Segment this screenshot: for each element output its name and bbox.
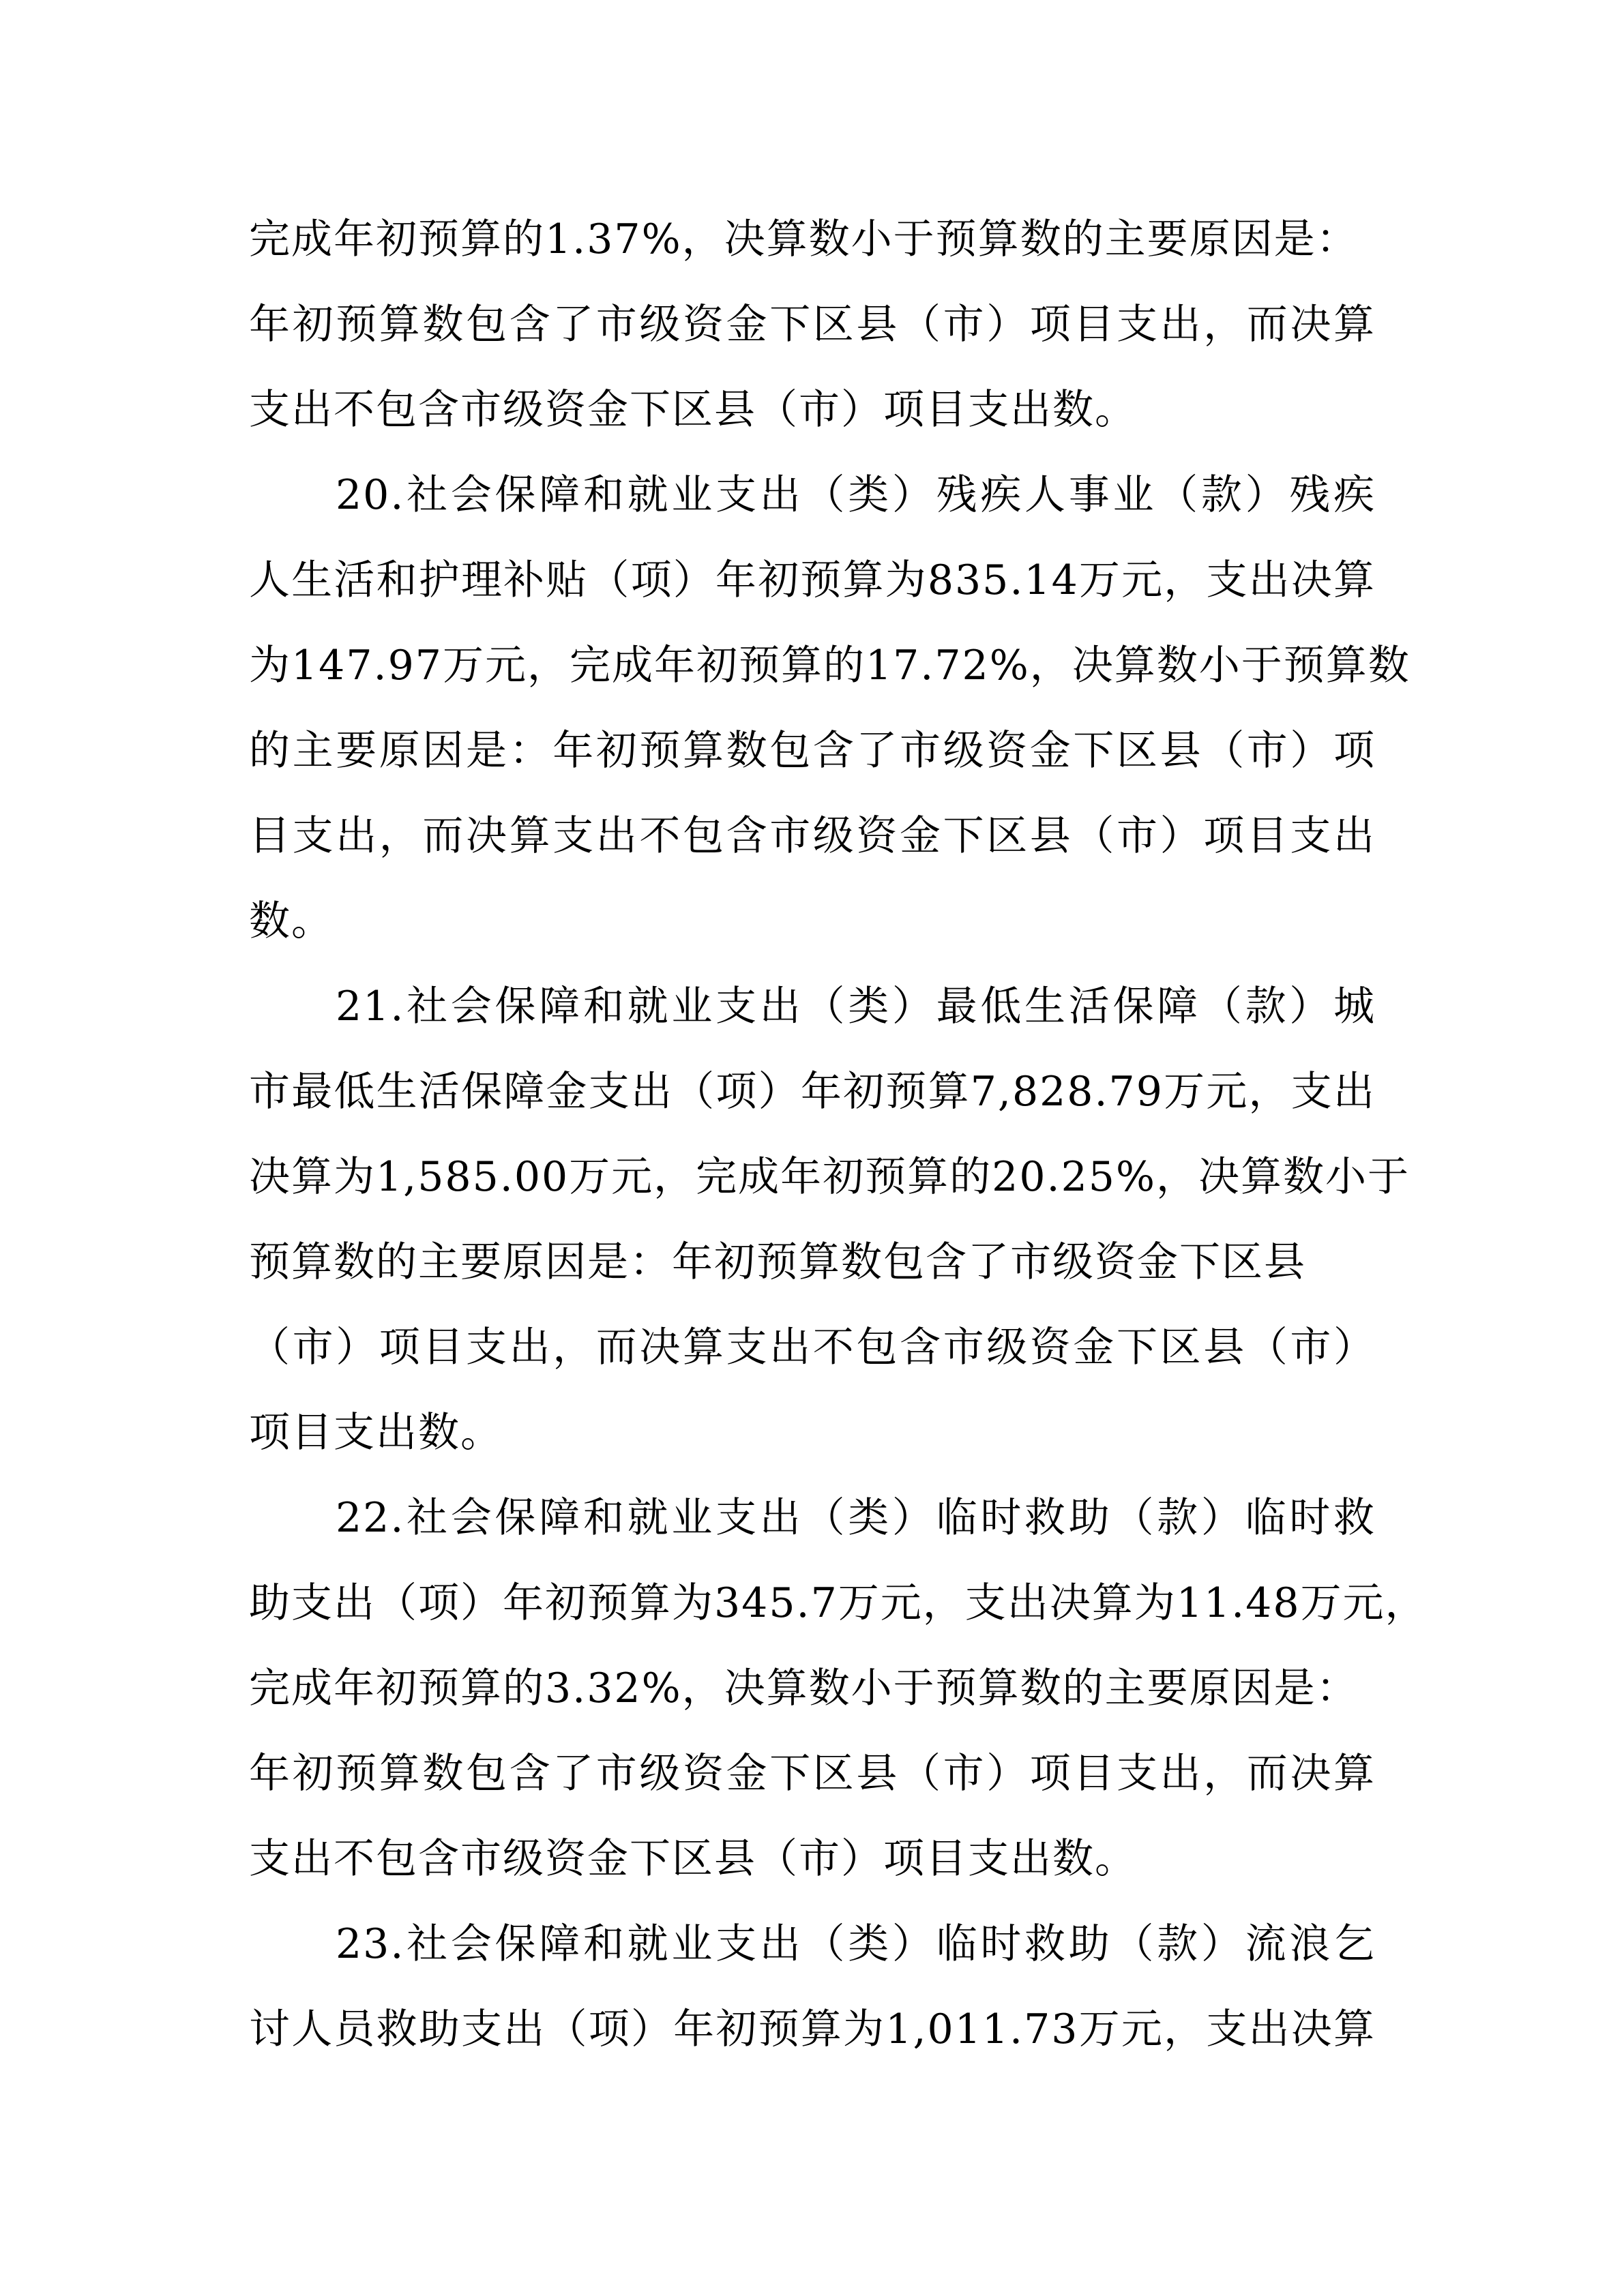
body-text: 完成年初预算的1.37%，决算数小于预算数的主要原因是： 年初预算数包含了市级资…: [249, 197, 1376, 2072]
text-line: 20.社会保障和就业支出（类）残疾人事业（款）残疾: [249, 453, 1376, 538]
text-line: 助支出（项）年初预算为345.7万元，支出决算为11.48万元，: [249, 1561, 1376, 1646]
paragraph-23: 23.社会保障和就业支出（类）临时救助（款）流浪乞 讨人员救助支出（项）年初预算…: [249, 1902, 1376, 2072]
text-line: 23.社会保障和就业支出（类）临时救助（款）流浪乞: [249, 1902, 1376, 1987]
text-line: 年初预算数包含了市级资金下区县（市）项目支出，而决算: [249, 282, 1376, 368]
document-page: 完成年初预算的1.37%，决算数小于预算数的主要原因是： 年初预算数包含了市级资…: [0, 0, 1624, 2296]
text-line: 21.社会保障和就业支出（类）最低生活保障（款）城: [249, 964, 1376, 1049]
paragraph-22: 22.社会保障和就业支出（类）临时救助（款）临时救 助支出（项）年初预算为345…: [249, 1476, 1376, 1902]
paragraph-21: 21.社会保障和就业支出（类）最低生活保障（款）城 市最低生活保障金支出（项）年…: [249, 964, 1376, 1476]
text-line: 数。: [249, 879, 1376, 964]
text-line: 目支出，而决算支出不包含市级资金下区县（市）项目支出: [249, 794, 1376, 879]
text-line: 讨人员救助支出（项）年初预算为1,011.73万元，支出决算: [249, 1987, 1376, 2072]
text-line: 完成年初预算的3.32%，决算数小于预算数的主要原因是：: [249, 1646, 1376, 1731]
paragraph-19-continued: 完成年初预算的1.37%，决算数小于预算数的主要原因是： 年初预算数包含了市级资…: [249, 197, 1376, 453]
text-line: 预算数的主要原因是：年初预算数包含了市级资金下区县: [249, 1220, 1376, 1305]
text-line: 支出不包含市级资金下区县（市）项目支出数。: [249, 1817, 1376, 1902]
text-line: 完成年初预算的1.37%，决算数小于预算数的主要原因是：: [249, 197, 1376, 282]
text-line: 的主要原因是：年初预算数包含了市级资金下区县（市）项: [249, 709, 1376, 794]
text-line: 22.社会保障和就业支出（类）临时救助（款）临时救: [249, 1476, 1376, 1561]
text-line: （市）项目支出，而决算支出不包含市级资金下区县（市）: [249, 1305, 1376, 1390]
text-line: 决算为1,585.00万元，完成年初预算的20.25%，决算数小于: [249, 1135, 1376, 1220]
paragraph-20: 20.社会保障和就业支出（类）残疾人事业（款）残疾 人生活和护理补贴（项）年初预…: [249, 453, 1376, 964]
text-line: 项目支出数。: [249, 1390, 1376, 1476]
text-line: 人生活和护理补贴（项）年初预算为835.14万元，支出决算: [249, 538, 1376, 623]
text-line: 支出不包含市级资金下区县（市）项目支出数。: [249, 368, 1376, 453]
text-line: 市最低生活保障金支出（项）年初预算7,828.79万元，支出: [249, 1049, 1376, 1135]
text-line: 为147.97万元，完成年初预算的17.72%，决算数小于预算数: [249, 623, 1376, 709]
text-line: 年初预算数包含了市级资金下区县（市）项目支出，而决算: [249, 1731, 1376, 1817]
